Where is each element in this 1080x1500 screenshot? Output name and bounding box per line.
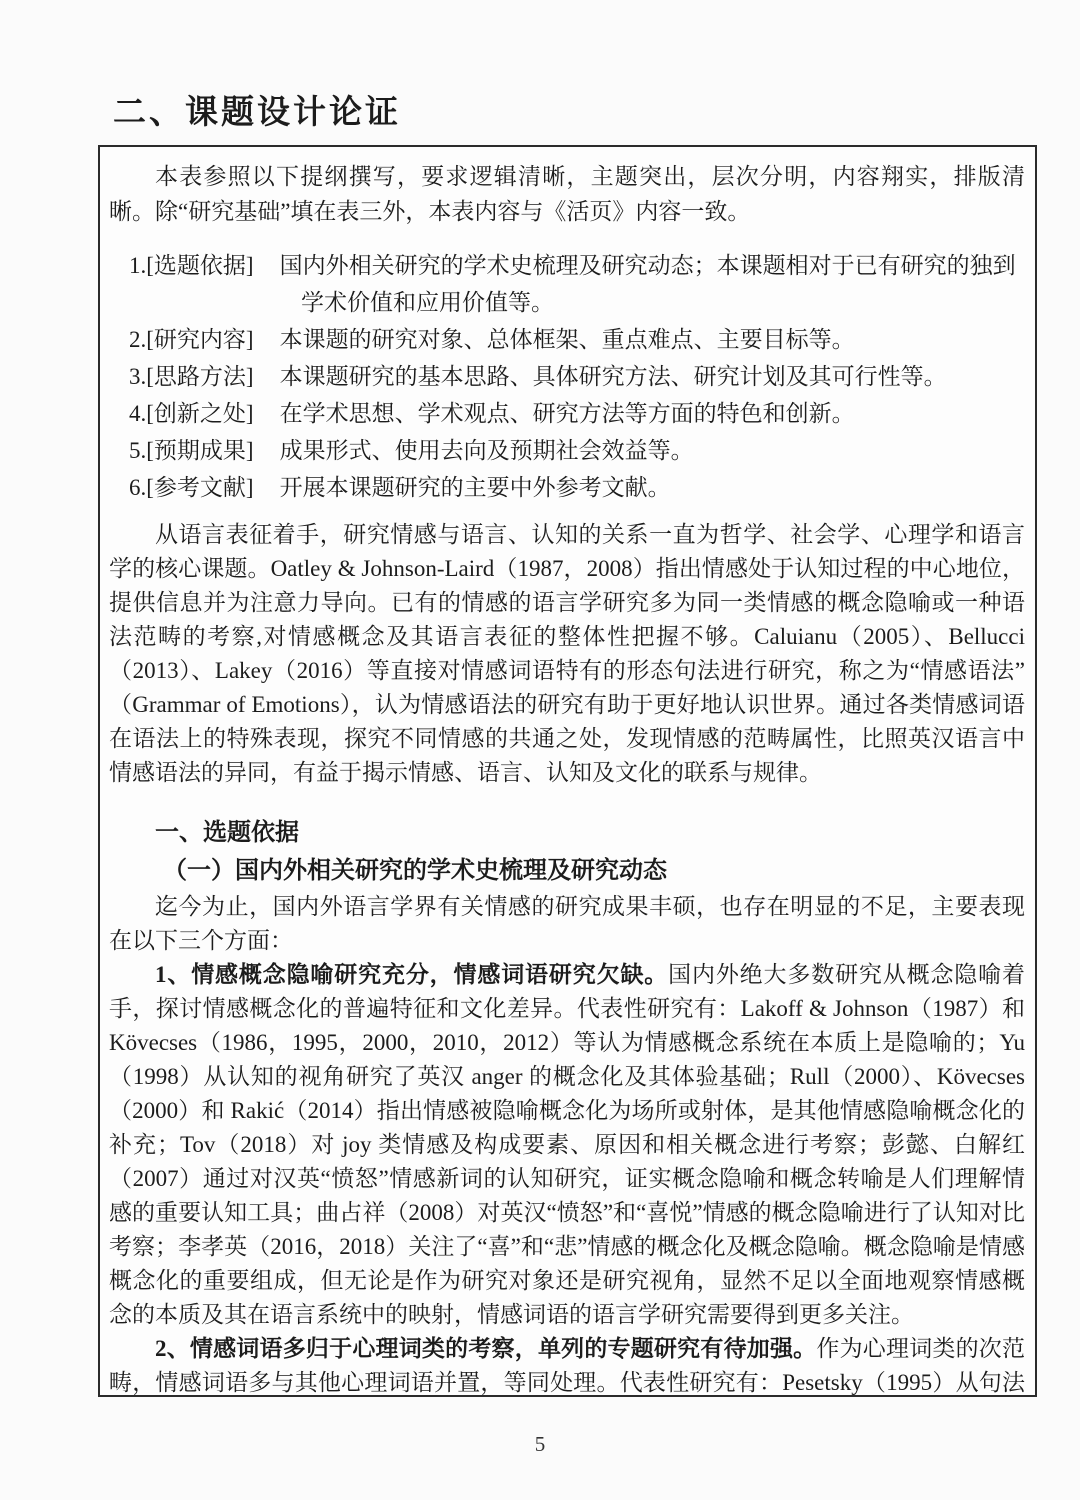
outline-item: 1.[选题依据]国内外相关研究的学术史梳理及研究动态；本课题相对于已有研究的独到… [129, 247, 1025, 321]
outline-item: 2.[研究内容]本课题的研究对象、总体框架、重点难点、主要目标等。 [129, 321, 1025, 358]
outline-item: 3.[思路方法]本课题研究的基本思路、具体研究方法、研究计划及其可行性等。 [129, 358, 1025, 395]
subsection-heading: （一）国内外相关研究的学术史梳理及研究动态 [163, 852, 1025, 890]
outline-item-label: 6.[参考文献] [129, 475, 254, 500]
form-instructions: 本表参照以下提纲撰写，要求逻辑清晰，主题突出，层次分明，内容翔实，排版清晰。除“… [109, 159, 1025, 229]
outline-item-text: 开展本课题研究的主要中外参考文献。 [280, 475, 671, 500]
outline-item-text: 成果形式、使用去向及预期社会效益等。 [280, 438, 694, 463]
outline-item-label: 4.[创新之处] [129, 401, 254, 426]
outline-item-text: 本课题的研究对象、总体框架、重点难点、主要目标等。 [280, 327, 855, 352]
section-heading: 一、选题依据 [155, 814, 1025, 852]
document-page: 二、课题设计论证 本表参照以下提纲撰写，要求逻辑清晰，主题突出，层次分明，内容翔… [0, 0, 1080, 1500]
outline-item-text: 在学术思想、学术观点、研究方法等方面的特色和创新。 [280, 401, 855, 426]
point-2: 2、情感词语多归于心理词类的考察，单列的专题研究有待加强。作为心理词类的次范畴，… [109, 1332, 1025, 1397]
outline-item-text: 国内外相关研究的学术史梳理及研究动态；本课题相对于已有研究的独到学术价值和应用价… [280, 253, 1016, 315]
page-number: 5 [0, 1432, 1080, 1457]
research-overview: 从语言表征着手，研究情感与语言、认知的关系一直为哲学、社会学、心理学和语言学的核… [109, 518, 1025, 790]
outline-list: 1.[选题依据]国内外相关研究的学术史梳理及研究动态；本课题相对于已有研究的独到… [129, 247, 1025, 506]
point-2-lead: 2、情感词语多归于心理词类的考察，单列的专题研究有待加强。 [155, 1336, 816, 1361]
outline-item-text: 本课题研究的基本思路、具体研究方法、研究计划及其可行性等。 [280, 364, 947, 389]
outline-item-label: 3.[思路方法] [129, 364, 254, 389]
outline-item: 6.[参考文献]开展本课题研究的主要中外参考文献。 [129, 469, 1025, 506]
outline-item-label: 2.[研究内容] [129, 327, 254, 352]
point-1-body: 国内外绝大多数研究从概念隐喻着手，探讨情感概念化的普遍特征和文化差异。代表性研究… [109, 962, 1025, 1327]
outline-item: 5.[预期成果]成果形式、使用去向及预期社会效益等。 [129, 432, 1025, 469]
outline-item-label: 5.[预期成果] [129, 438, 254, 463]
outline-item: 4.[创新之处]在学术思想、学术观点、研究方法等方面的特色和创新。 [129, 395, 1025, 432]
form-box: 本表参照以下提纲撰写，要求逻辑清晰，主题突出，层次分明，内容翔实，排版清晰。除“… [98, 145, 1037, 1397]
section-intro: 迄今为止，国内外语言学界有关情感的研究成果丰硕，也存在明显的不足，主要表现在以下… [109, 890, 1025, 958]
point-1: 1、情感概念隐喻研究充分，情感词语研究欠缺。国内外绝大多数研究从概念隐喻着手，探… [109, 958, 1025, 1332]
point-1-lead: 1、情感概念隐喻研究充分，情感词语研究欠缺。 [155, 962, 668, 987]
page-title: 二、课题设计论证 [0, 0, 1080, 133]
outline-item-label: 1.[选题依据] [129, 253, 254, 278]
